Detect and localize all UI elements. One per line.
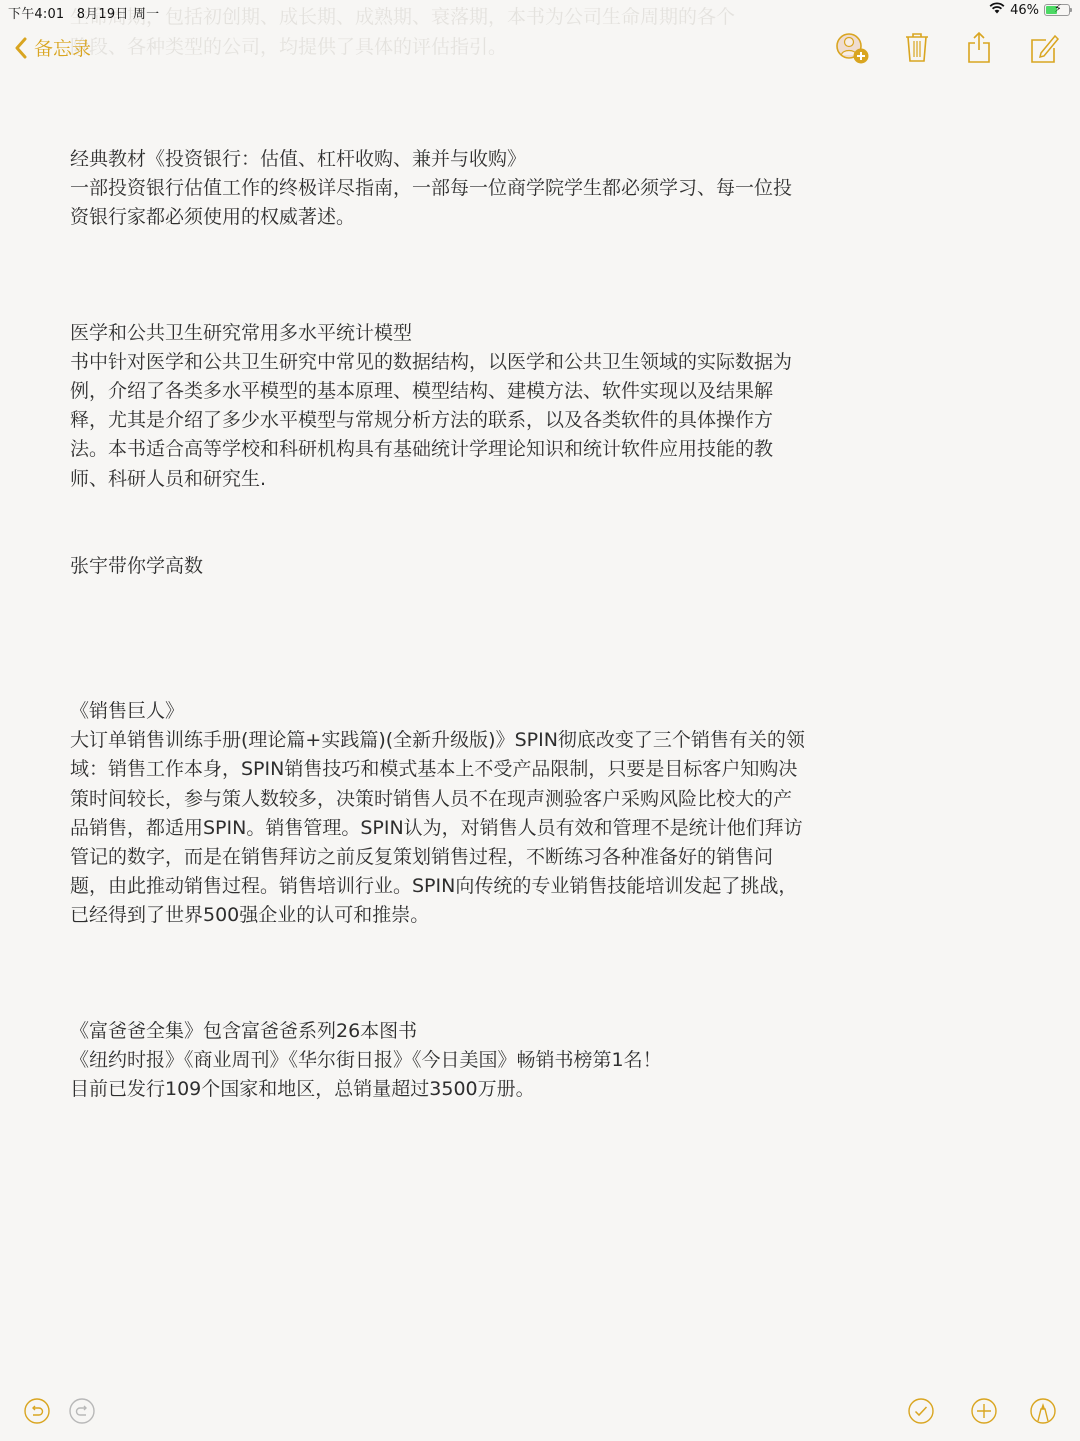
spacer <box>70 581 890 697</box>
note-line: 法。本书适合高等学校和科研机构具有基础统计学理论知识和统计软件应用技能的教 <box>70 435 890 464</box>
note-block-rich-dad: 《富爸爸全集》包含富爸爸系列26本图书 《纽约时报》《商业周刊》《华尔街日报》《… <box>70 1017 890 1105</box>
note-line: 题，由此推动销售过程。销售培训行业。SPIN向传统的专业销售技能培训发起了挑战， <box>70 872 890 901</box>
note-line: 书中针对医学和公共卫生研究中常见的数据结构，以医学和公共卫生领域的实际数据为 <box>70 348 890 377</box>
redo-icon <box>67 1396 97 1426</box>
undo-icon <box>22 1396 52 1426</box>
status-time: 下午4:01 <box>8 7 64 22</box>
status-date: 8月19日 周一 <box>77 7 160 22</box>
add-people-button[interactable] <box>834 30 868 64</box>
person-add-icon <box>834 30 872 68</box>
note-line: 例，介绍了各类多水平模型的基本原理、模型结构、建模方法、软件实现以及结果解 <box>70 377 890 406</box>
note-block-investment-banking: 经典教材《投资银行：估值、杠杆收购、兼并与收购》 一部投资银行估值工作的终极详尽… <box>70 145 890 233</box>
battery-charging-icon: ⚡ <box>1044 4 1070 16</box>
compose-button[interactable] <box>1028 30 1062 64</box>
checkmark-circle-icon <box>906 1396 936 1426</box>
plus-circle-icon <box>969 1396 999 1426</box>
note-line: 策时间较长，参与策人数较多，决策时销售人员不在现声测验客户采购风险比校大的产 <box>70 785 890 814</box>
note-line: 《销售巨人》 <box>70 697 890 726</box>
delete-button[interactable] <box>902 30 936 64</box>
battery-percent: 46% <box>1010 3 1039 18</box>
undo-button[interactable] <box>22 1396 52 1426</box>
spacer <box>70 233 890 319</box>
trash-icon <box>902 30 932 64</box>
note-block-calculus: 张宇带你学高数 <box>70 552 890 581</box>
note-line: 资银行家都必须使用的权威著述。 <box>70 203 890 232</box>
share-icon <box>964 30 994 64</box>
status-left: 下午4:01 8月19日 周一 <box>8 3 167 22</box>
note-line: 已经得到了世界500强企业的认可和推崇。 <box>70 901 890 930</box>
markup-button[interactable] <box>1028 1396 1058 1426</box>
checklist-button[interactable] <box>906 1396 936 1426</box>
note-block-multilevel-model: 医学和公共卫生研究常用多水平统计模型 书中针对医学和公共卫生研究中常见的数据结构… <box>70 319 890 494</box>
share-button[interactable] <box>964 30 998 64</box>
note-line: 《富爸爸全集》包含富爸爸系列26本图书 <box>70 1017 890 1046</box>
note-body[interactable]: 经典教材《投资银行：估值、杠杆收购、兼并与收购》 一部投资银行估值工作的终极详尽… <box>70 145 890 1104</box>
compose-icon <box>1028 30 1060 64</box>
note-line: 经典教材《投资银行：估值、杠杆收购、兼并与收购》 <box>70 145 890 174</box>
note-line: 释，尤其是介绍了多少水平模型与常规分析方法的联系，以及各类软件的具体操作方 <box>70 406 890 435</box>
spacer <box>70 494 890 552</box>
note-line: 大订单销售训练手册(理论篇+实践篇)(全新升级版)》SPIN彻底改变了三个销售有… <box>70 726 890 755</box>
status-bar: 下午4:01 8月19日 周一 46% ⚡ <box>0 0 1080 24</box>
note-line: 管记的数字，而是在销售拜访之前反复策划销售过程，不断练习各种准备好的销售问 <box>70 843 890 872</box>
note-line: 品销售，都适用SPIN。销售管理。SPIN认为，对销售人员有效和管理不是统计他们… <box>70 814 890 843</box>
note-line: 域：销售工作本身，SPIN销售技巧和模式基本上不受产品限制，只要是目标客户知购决 <box>70 755 890 784</box>
note-line: 张宇带你学高数 <box>70 552 890 581</box>
note-line: 医学和公共卫生研究常用多水平统计模型 <box>70 319 890 348</box>
bottom-toolbar <box>0 1396 1080 1432</box>
chevron-left-icon <box>14 37 28 59</box>
note-line: 一部投资银行估值工作的终极详尽指南，一部每一位商学院学生都必须学习、每一位投 <box>70 174 890 203</box>
redo-button[interactable] <box>67 1396 97 1426</box>
status-right: 46% ⚡ <box>989 2 1070 18</box>
pen-markup-icon <box>1028 1396 1058 1426</box>
note-block-sales: 《销售巨人》 大订单销售训练手册(理论篇+实践篇)(全新升级版)》SPIN彻底改… <box>70 697 890 931</box>
wifi-icon <box>989 2 1005 18</box>
note-line: 师、科研人员和研究生. <box>70 465 890 494</box>
back-label: 备忘录 <box>34 34 91 61</box>
add-button[interactable] <box>969 1396 999 1426</box>
nav-bar: 备忘录 <box>0 26 1080 72</box>
note-line: 《纽约时报》《商业周刊》《华尔街日报》《今日美国》畅销书榜第1名！ <box>70 1046 890 1075</box>
spacer <box>70 931 890 1017</box>
back-button[interactable]: 备忘录 <box>14 34 91 61</box>
note-line: 目前已发行109个国家和地区，总销量超过3500万册。 <box>70 1075 890 1104</box>
